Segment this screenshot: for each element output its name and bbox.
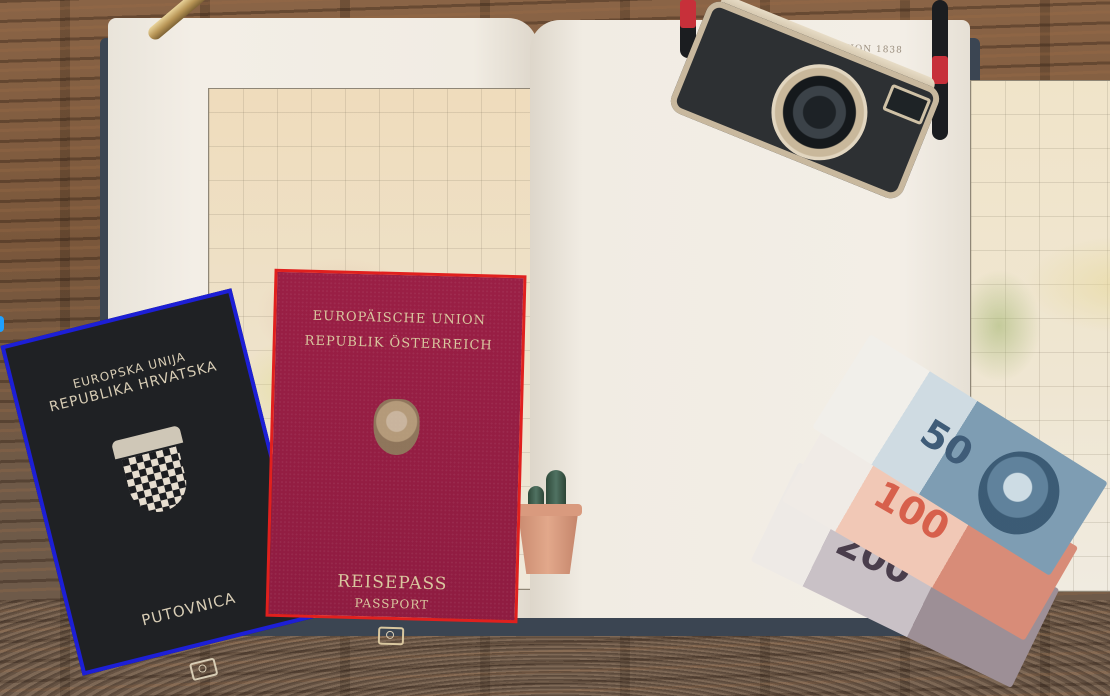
strap-band xyxy=(932,56,948,84)
banknote-value: 50 xyxy=(913,410,981,475)
austrian-eagle-icon xyxy=(373,398,420,455)
camera-strap-right xyxy=(932,0,948,140)
austrian-passport: EUROPÄISCHE UNION REPUBLIK ÖSTERREICH RE… xyxy=(265,269,526,623)
terracotta-pot xyxy=(517,506,579,574)
passport-title: REISEPASS xyxy=(269,570,515,596)
passport-country-text: REPUBLIK ÖSTERREICH xyxy=(276,333,522,354)
pot-rim xyxy=(514,504,582,516)
croatian-coat-of-arms-icon xyxy=(111,425,198,520)
passport-union-text: EUROPÄISCHE UNION xyxy=(276,308,522,329)
checkerboard-shield-icon xyxy=(122,446,193,518)
strap-band xyxy=(680,0,696,28)
cactus-pot xyxy=(514,470,584,576)
biometric-chip-icon xyxy=(378,627,404,646)
passport-subtitle: PASSPORT xyxy=(269,594,515,614)
blue-marker xyxy=(0,316,4,332)
